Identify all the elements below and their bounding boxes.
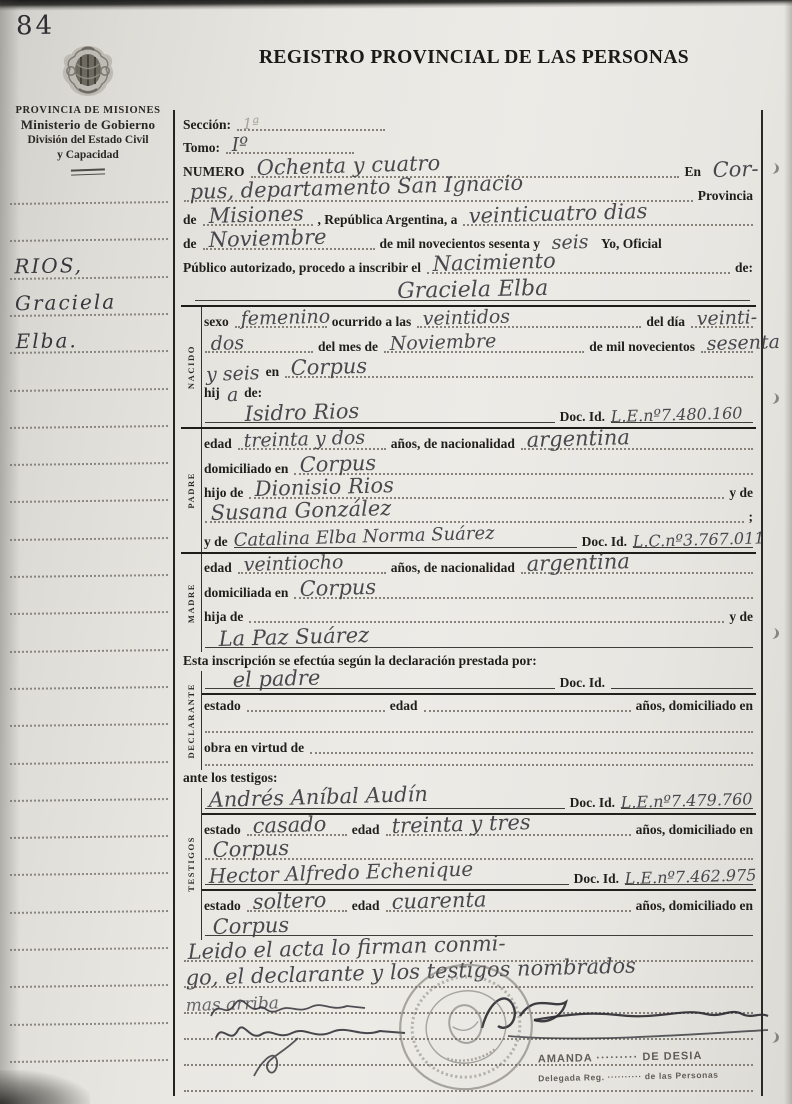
margin-line bbox=[10, 425, 168, 429]
testigo1-docid-label: Doc. Id. bbox=[568, 795, 618, 813]
madre-hija-label: hija de bbox=[202, 609, 246, 627]
padre-fin-label: ; bbox=[747, 509, 757, 527]
testigo1-domicilio-label: años, domiciliado en bbox=[634, 822, 756, 840]
letterhead-line-3: División del Estado Civil bbox=[6, 133, 170, 147]
obra-label: obra en virtud de bbox=[202, 740, 307, 758]
margin-middlename: Elba. bbox=[15, 320, 166, 360]
madre-label: MADRE bbox=[186, 583, 196, 623]
padre-nacionalidad: argentina bbox=[526, 425, 630, 452]
margin-line bbox=[10, 761, 168, 765]
declarante-nombre: el padre bbox=[232, 666, 320, 692]
margin-line bbox=[10, 537, 168, 541]
testigo2-estado: soltero bbox=[252, 888, 326, 914]
dia-value-2: dos bbox=[210, 332, 244, 355]
letterhead-line-2: Ministerio de Gobierno bbox=[6, 117, 170, 133]
margin-line bbox=[10, 723, 168, 727]
scan-right-shade bbox=[784, 0, 792, 1104]
oval-seal-stamp bbox=[380, 944, 552, 1104]
testigo1-domicilio: Corpus bbox=[212, 836, 289, 862]
testigo2-domicilio: Corpus bbox=[212, 913, 289, 939]
testigo1-docid: L.E.nº7.479.760 bbox=[620, 789, 752, 812]
en-nacido-label: en bbox=[264, 364, 283, 382]
testigo2-domicilio-label: años, domiciliado en bbox=[634, 898, 756, 916]
declarante-edad-label: edad bbox=[388, 698, 421, 716]
letterhead-rule bbox=[71, 169, 105, 176]
declarante-domicilio-label: años, domiciliado en bbox=[634, 698, 756, 716]
margin-line bbox=[10, 388, 168, 392]
margin-line bbox=[10, 238, 168, 242]
acto-value: Nacimiento bbox=[432, 249, 556, 276]
madre-nacionalidad: argentina bbox=[526, 549, 630, 576]
testigo1-estado: casado bbox=[252, 812, 326, 838]
binding-mark bbox=[768, 162, 780, 175]
scan-top-edge bbox=[0, 0, 792, 11]
section-nacido: NACIDO sexo femenino ocurrido a las vein… bbox=[181, 305, 756, 427]
margin-line bbox=[10, 574, 168, 578]
margin-line bbox=[10, 798, 168, 802]
testigo2-docid: L.E.nº7.462.975 bbox=[624, 865, 756, 888]
margin-line bbox=[10, 462, 168, 466]
padre-y-de-label: y de bbox=[727, 485, 756, 503]
declarante-docid-label: Doc. Id. bbox=[558, 675, 608, 693]
binding-mark bbox=[768, 627, 780, 640]
padre-label: PADRE bbox=[186, 472, 196, 509]
de3-label: de: bbox=[733, 260, 756, 278]
coat-of-arms-emblem bbox=[59, 44, 117, 98]
scanned-birth-certificate: 84 PROVINCIA DE MISIONES Ministerio de G… bbox=[0, 0, 792, 1104]
testigo1-edad-label: edad bbox=[350, 822, 383, 840]
provincia-label: Provincia bbox=[696, 188, 756, 206]
padre-docid-label: Doc. Id. bbox=[558, 409, 608, 427]
hora-value: veintidos bbox=[423, 306, 511, 330]
margin-line bbox=[10, 686, 168, 690]
lugar-nacimiento: Corpus bbox=[290, 354, 367, 380]
anio-value: seis bbox=[551, 231, 588, 254]
testigo2-edad: cuarenta bbox=[391, 887, 486, 914]
margin-line bbox=[10, 1059, 168, 1063]
madre-y-de-label: y de bbox=[202, 534, 231, 552]
abuela-materna: La Paz Suárez bbox=[218, 623, 369, 651]
padre-nacionalidad-label: años, de nacionalidad bbox=[389, 436, 518, 454]
seccion-value: 1ª bbox=[242, 115, 259, 133]
de-label: de bbox=[181, 212, 200, 230]
madre-edad-label: edad bbox=[202, 560, 235, 578]
inscripto-name: Graciela Elba bbox=[396, 276, 548, 304]
testigo1-nombre: Andrés Aníbal Audín bbox=[208, 782, 428, 812]
margin-line bbox=[10, 984, 168, 988]
section-padre: PADRE edad treinta y dos años, de nacion… bbox=[181, 427, 756, 552]
yo-oficial-label: Yo, Oficial bbox=[599, 236, 665, 254]
acto-row: Público autorizado, procedo a inscribir … bbox=[181, 254, 756, 278]
inscripto-row: Graciela Elba bbox=[181, 278, 756, 305]
tomo-label: Tomo: bbox=[181, 140, 223, 158]
letterhead-line-1: PROVINCIA DE MISIONES bbox=[6, 104, 170, 117]
lugar-part1: Cor- bbox=[712, 157, 759, 182]
declarante-label: DECLARANTE bbox=[186, 683, 196, 759]
margin-line bbox=[10, 947, 168, 951]
margin-line bbox=[10, 611, 168, 615]
section-declarante: DECLARANTE el padre Doc. Id. estado edad… bbox=[181, 671, 756, 770]
republica-label: , República Argentina, a bbox=[316, 212, 461, 230]
sexo-label: sexo bbox=[202, 314, 232, 332]
madre-nombre: Catalina Elba Norma Suárez bbox=[233, 523, 495, 551]
siglo-nacido-label: de mil novecientos bbox=[587, 339, 698, 357]
abuela-paterna: Susana González bbox=[210, 496, 391, 525]
certificate-form: Sección: 1ª Tomo: Iº NUMERO Ochenta y cu… bbox=[173, 110, 763, 1096]
testigo1-edad: treinta y tres bbox=[391, 810, 531, 838]
letterhead-line-4: y Capacidad bbox=[6, 148, 170, 162]
margin-firstname: Graciela bbox=[15, 283, 166, 323]
testigos-intro: ante los testigos: bbox=[181, 770, 281, 788]
binding-mark bbox=[768, 392, 780, 405]
seccion-label: Sección: bbox=[181, 117, 234, 135]
padre-nombre: Isidro Rios bbox=[244, 399, 359, 426]
form-title: REGISTRO PROVINCIAL DE LAS PERSONAS bbox=[186, 47, 762, 69]
padre-edad: treinta y dos bbox=[243, 427, 365, 452]
madre-nacionalidad-label: años, de nacionalidad bbox=[389, 560, 518, 578]
mes-nacimiento: Noviembre bbox=[389, 330, 496, 355]
dia-label: del día bbox=[644, 314, 688, 332]
margin-surname: RIOS, bbox=[14, 246, 165, 286]
padre-edad-label: edad bbox=[202, 436, 235, 454]
page-number: 84 bbox=[16, 11, 56, 42]
anio-1: sesenta bbox=[706, 331, 780, 355]
margin-line bbox=[10, 1022, 168, 1026]
dia-value-1: veinti- bbox=[696, 306, 757, 330]
ocurrido-label: ocurrido a las bbox=[330, 314, 415, 332]
madre-docid: L.C.nº3.767.011 bbox=[632, 528, 764, 551]
testigos-label: TESTIGOS bbox=[186, 836, 196, 892]
tomo-value: Iº bbox=[231, 134, 248, 156]
en-label: En bbox=[682, 164, 704, 182]
section-testigos: TESTIGOS Andrés Aníbal Audín Doc. Id. L.… bbox=[181, 788, 756, 940]
tomo-row: Tomo: Iº bbox=[181, 135, 756, 158]
margin-line bbox=[10, 872, 168, 876]
dias-value: veinticuatro dias bbox=[469, 199, 648, 228]
testigos-intro-row: ante los testigos: bbox=[181, 770, 756, 788]
margin-line bbox=[10, 499, 168, 503]
padre-docid: L.E.nº7.480.160 bbox=[610, 403, 742, 426]
hijo-label-1: hij bbox=[202, 385, 223, 403]
margin-line bbox=[10, 649, 168, 653]
section-madre: MADRE edad veintiocho años, de nacionali… bbox=[181, 552, 756, 652]
testigo2-docid-label: Doc. Id. bbox=[572, 871, 622, 889]
delegada-stamp: AMANDA ········· DE DESIA Delegada Reg. … bbox=[538, 1045, 771, 1087]
margin-line bbox=[10, 835, 168, 839]
madre-domicilio-label: domiciliada en bbox=[202, 585, 291, 603]
margin-line bbox=[10, 910, 168, 914]
margin-name-annotation: RIOS, Graciela Elba. bbox=[14, 246, 166, 360]
sexo-value: femenino bbox=[240, 306, 330, 330]
nacido-label: NACIDO bbox=[186, 345, 196, 389]
testigo2-edad-label: edad bbox=[350, 898, 383, 916]
madre-edad: veintiocho bbox=[243, 551, 343, 576]
provincia-value: Misiones bbox=[208, 201, 304, 228]
mes-value: Noviembre bbox=[208, 225, 326, 252]
madre-domicilio: Corpus bbox=[300, 575, 377, 601]
madre-y-de2-label: y de bbox=[727, 609, 756, 627]
de2-label: de bbox=[181, 236, 200, 254]
oficial-label: Público autorizado, procedo a inscribir … bbox=[181, 260, 424, 278]
seccion-row: Sección: 1ª bbox=[181, 112, 756, 135]
letterhead: PROVINCIA DE MISIONES Ministerio de Gobi… bbox=[6, 44, 170, 175]
declarante-estado-label: estado bbox=[202, 698, 244, 716]
margin-line bbox=[10, 201, 168, 205]
hijo-label-2: de: bbox=[242, 385, 265, 403]
